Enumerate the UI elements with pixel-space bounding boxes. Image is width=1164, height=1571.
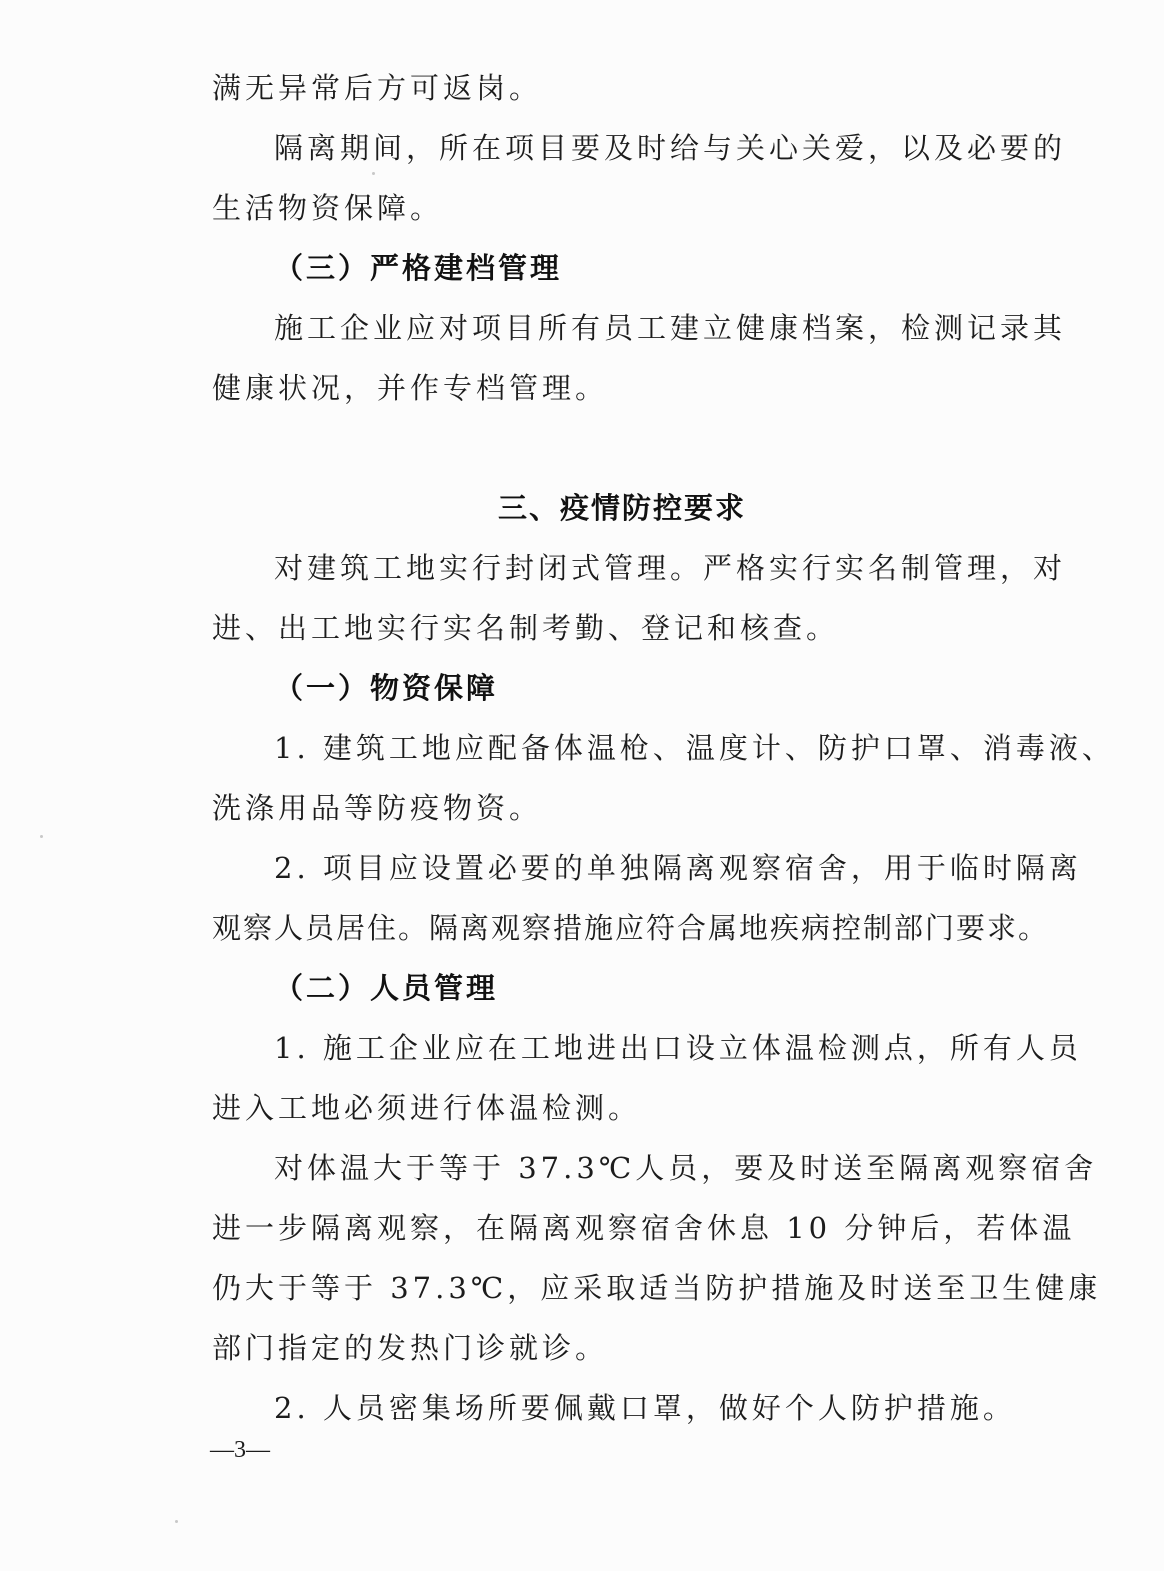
list-item-line: 1. 建筑工地应配备体温枪、温度计、防护口罩、消毒液、 (274, 728, 1104, 768)
list-item-line: 观察人员居住。隔离观察措施应符合属地疾病控制部门要求。 (212, 908, 1042, 948)
paragraph-line: 进一步隔离观察，在隔离观察宿舍休息 10 分钟后，若体温 (212, 1208, 1042, 1248)
paragraph-line: 进、出工地实行实名制考勤、登记和核查。 (212, 608, 1042, 648)
section-title-epidemic-control: 三、疫情防控要求 (0, 488, 1164, 528)
scan-speck (372, 172, 375, 175)
page-number: —3— (210, 1432, 270, 1468)
subsection-heading-personnel: （二）人员管理 (274, 968, 1104, 1008)
paragraph-line: 生活物资保障。 (212, 188, 1042, 228)
paragraph-line: 部门指定的发热门诊就诊。 (212, 1328, 1042, 1368)
paragraph-line: 健康状况，并作专档管理。 (212, 368, 1042, 408)
paragraph-line: 仍大于等于 37.3℃，应采取适当防护措施及时送至卫生健康 (212, 1268, 1042, 1308)
document-page: 满无异常后方可返岗。 隔离期间，所在项目要及时给与关心关爱，以及必要的 生活物资… (0, 0, 1164, 1571)
list-item-line: 洗涤用品等防疫物资。 (212, 788, 1042, 828)
paragraph-line: 对建筑工地实行封闭式管理。严格实行实名制管理，对 (274, 548, 1104, 588)
list-item-line: 1. 施工企业应在工地进出口设立体温检测点，所有人员 (274, 1028, 1104, 1068)
scan-speck (40, 835, 43, 838)
subsection-heading-archive-management: （三）严格建档管理 (274, 248, 1104, 288)
paragraph-line: 施工企业应对项目所有员工建立健康档案，检测记录其 (274, 308, 1104, 348)
subsection-heading-supplies: （一）物资保障 (274, 668, 1104, 708)
list-item-line: 2. 人员密集场所要佩戴口罩，做好个人防护措施。 (274, 1388, 1104, 1428)
paragraph-line: 对体温大于等于 37.3℃人员，要及时送至隔离观察宿舍 (274, 1148, 1104, 1188)
scan-speck (175, 1520, 178, 1523)
paragraph-line: 隔离期间，所在项目要及时给与关心关爱，以及必要的 (274, 128, 1104, 168)
list-item-line: 2. 项目应设置必要的单独隔离观察宿舍，用于临时隔离 (274, 848, 1104, 888)
paragraph-line: 满无异常后方可返岗。 (212, 68, 1042, 108)
list-item-line: 进入工地必须进行体温检测。 (212, 1088, 1042, 1128)
